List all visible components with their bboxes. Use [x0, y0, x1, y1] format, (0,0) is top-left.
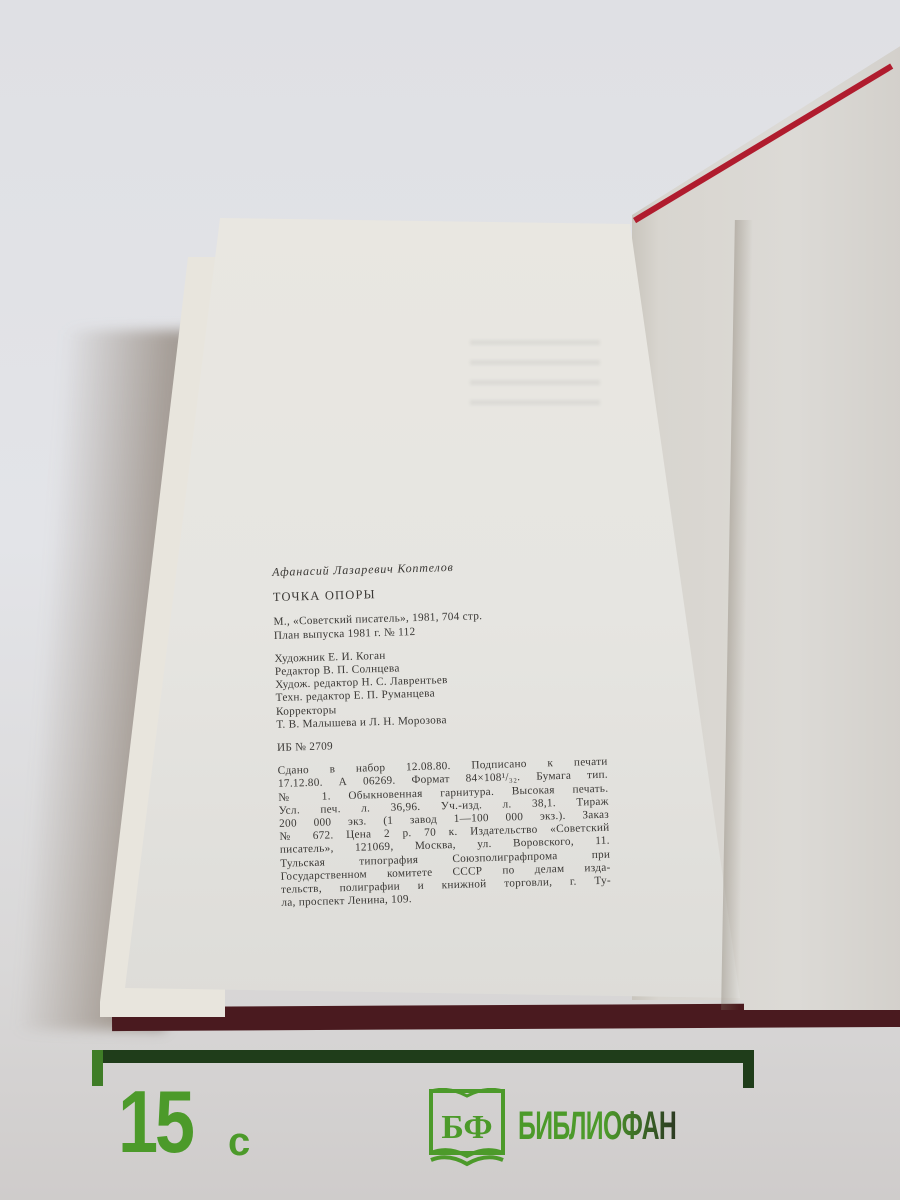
lot-number: 15: [118, 1076, 192, 1168]
sign-bracket-bar: [92, 1050, 754, 1063]
publication-info: М., «Советский писатель», 1981, 704 стр.…: [273, 607, 604, 643]
ib-number: ИБ № 2709: [277, 733, 607, 755]
lot-suffix: с: [228, 1120, 250, 1164]
brand-name: БИБЛИОФАН: [518, 1104, 676, 1148]
credits: Художник Е. И. Коган Редактор В. П. Солн…: [274, 644, 606, 732]
colophon: Афанасий Лазаревич Коптелов ТОЧКА ОПОРЫ …: [272, 557, 611, 911]
book-logo-icon: БФ: [428, 1088, 506, 1170]
imprint-details: Сдано в набор 12.08.80. Подписано к печа…: [278, 756, 612, 910]
bleed-through-text: [470, 340, 600, 410]
sign-bracket-left: [92, 1050, 103, 1086]
book-title: ТОЧКА ОПОРЫ: [273, 582, 603, 604]
logo-initials: БФ: [441, 1109, 492, 1146]
sign-bracket-right: [743, 1050, 754, 1088]
